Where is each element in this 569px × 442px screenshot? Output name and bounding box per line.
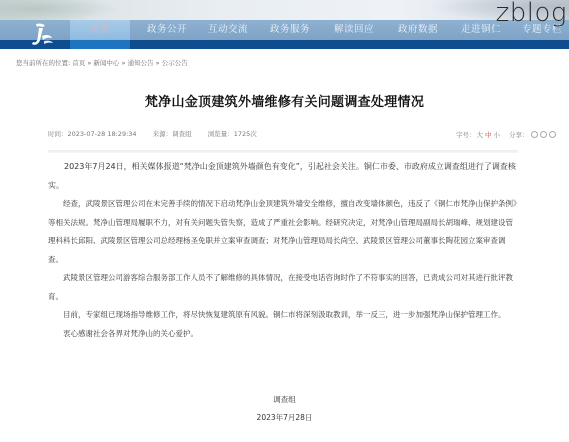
header-banner: [0, 0, 569, 22]
paragraph: 目前，专家组已现场指导维修工作，将尽快恢复建筑原有风貌。铜仁市将深刻汲取教训，举…: [48, 306, 518, 325]
article-title: 梵净山金顶建筑外墙维修有关问题调查处理情况: [0, 91, 569, 110]
share-wechat-icon[interactable]: [531, 131, 538, 138]
paragraph: 衷心感谢社会各界对梵净山的关心爱护。: [48, 325, 518, 344]
breadcrumb: 您当前所在的位置: 首页 » 新闻中心 » 通知公告 » 公示公告: [16, 58, 188, 67]
signature-date: 2023年7月28日: [0, 412, 569, 423]
article-source: 来源：调查组: [153, 130, 192, 138]
nav-item-gov-affairs-public[interactable]: 政务公开: [137, 20, 197, 49]
font-size-medium[interactable]: 中: [485, 130, 492, 139]
source-value: 调查组: [172, 130, 192, 138]
paragraph: 经查，武陵景区管理公司在未完善手续的情况下启动梵净山金顶建筑外墙安全维修，擅自改…: [48, 195, 518, 269]
article-tools: 字号： 大 中 小 分享：: [456, 130, 556, 139]
breadcrumb-item-home[interactable]: 首页: [72, 59, 85, 67]
publish-time-label: 时间：: [48, 130, 68, 138]
watermark-text: zblog: [496, 0, 567, 28]
publish-time-value: 2023-07-28 18:29:34: [68, 130, 137, 138]
source-label: 来源：: [153, 130, 173, 138]
views-label: 浏览量：: [208, 130, 234, 138]
publish-time: 时间：2023-07-28 18:29:34: [48, 130, 137, 138]
view-count: 浏览量：1725次: [208, 130, 257, 138]
signature-org: 调查组: [0, 394, 569, 405]
breadcrumb-separator: »: [87, 59, 91, 67]
meta-divider: [48, 150, 518, 153]
share-icons: [531, 131, 556, 138]
nav-item-interaction[interactable]: 互动交流: [198, 20, 258, 49]
nav-item-gov-services[interactable]: 政务服务: [260, 20, 320, 49]
breadcrumb-item-notices[interactable]: 通知公告: [128, 59, 154, 67]
share-weibo-icon[interactable]: [540, 131, 547, 138]
paragraph: 2023年7月24日，相关媒体报道“梵净山金顶建筑外墙颜色有变化”，引起社会关注…: [48, 158, 518, 195]
font-size-large[interactable]: 大: [477, 130, 484, 139]
nav-item-interpretation[interactable]: 解读回应: [324, 20, 384, 49]
breadcrumb-separator: »: [156, 59, 160, 67]
share-label: 分享：: [509, 130, 529, 139]
breadcrumb-item-public-notices[interactable]: 公示公告: [162, 59, 188, 67]
share-qzone-icon[interactable]: [549, 131, 556, 138]
article-meta: 时间：2023-07-28 18:29:34 来源：调查组 浏览量：1725次: [48, 129, 271, 138]
breadcrumb-separator: »: [122, 59, 126, 67]
font-size-small[interactable]: 小: [494, 130, 501, 139]
article-body: 2023年7月24日，相关媒体报道“梵净山金顶建筑外墙颜色有变化”，引起社会关注…: [48, 158, 518, 343]
site-logo[interactable]: [26, 22, 56, 48]
font-size-label: 字号：: [456, 130, 476, 139]
breadcrumb-prefix: 您当前所在的位置:: [16, 59, 70, 67]
breadcrumb-item-news-center[interactable]: 新闻中心: [93, 59, 119, 67]
views-value: 1725次: [234, 130, 257, 138]
nav-item-home[interactable]: 首页: [70, 20, 130, 49]
paragraph: 武陵景区管理公司游客综合服务部工作人员不了解维修的具体情况，在接受电话咨询时作了…: [48, 269, 518, 306]
banner-mist: [0, 0, 120, 22]
nav-item-gov-data[interactable]: 政府数据: [388, 20, 448, 49]
